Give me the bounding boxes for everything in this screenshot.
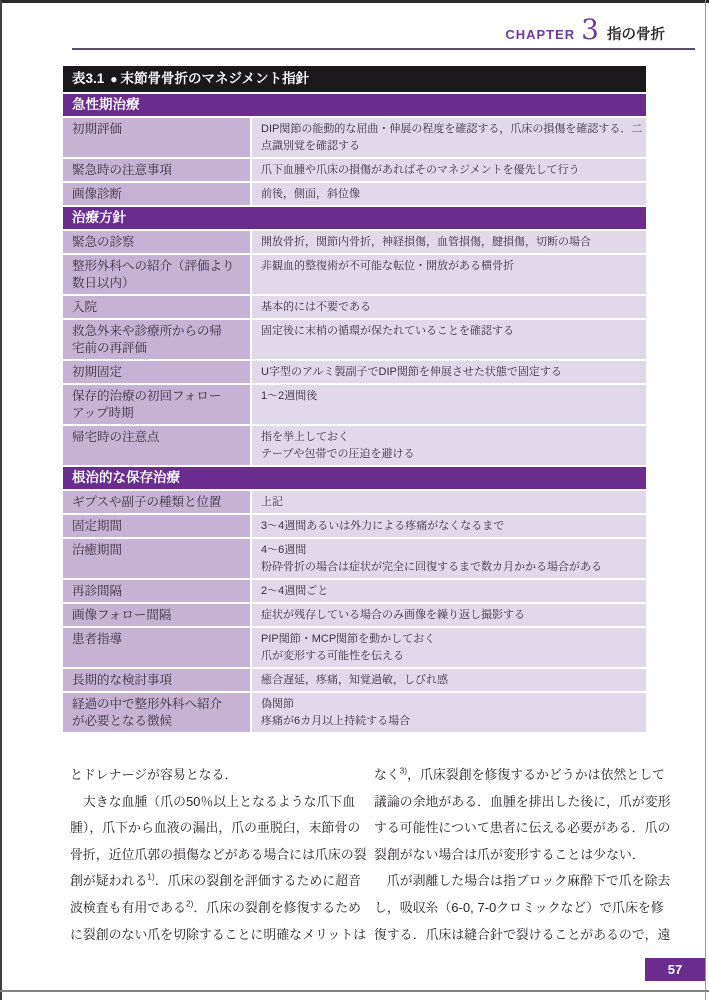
row-content-line: 固定後に末梢の循環が保たれていることを確認する [261,323,646,340]
table-row: 初期固定U字型のアルミ製副子でDIP関節を伸展させた状態で固定する [63,361,646,383]
table-row: 画像診断前後，側面，斜位像 [63,183,646,205]
row-label-line: アップ時期 [72,405,244,422]
row-label: 長期的な検討事項 [63,669,250,691]
row-label: 救急外来や診療所からの帰宅前の再評価 [63,320,250,359]
row-content-line: 指を挙上しておく [261,429,646,446]
row-content-line: 上記 [261,494,646,511]
row-label-line: 入院 [72,299,244,316]
chapter-title: 指の骨折 [607,23,665,44]
row-content-line: 2〜4週間ごと [261,583,646,600]
body-text-line: に裂創のない爪を切除することに明確なメリットは [70,922,382,949]
body-column-left: とドレナージが容易となる． 大きな血腫（爪の50％以上となるような爪下血腫），爪… [70,762,382,948]
row-content-line: 爪下血腫や爪床の損傷があればそのマネジメントを優先して行う [261,162,646,179]
table-row: 緊急時の注意事項爪下血腫や爪床の損傷があればそのマネジメントを優先して行う [63,159,646,181]
row-content: 指を挙上しておくテープや包帯での圧迫を避ける [252,426,646,465]
row-label: 固定期間 [63,515,250,537]
body-column-right: なく3)，爪床裂創を修復するかどうかは依然として議論の余地がある．血腫を排出した… [374,762,690,948]
page-edge-right [705,0,706,1000]
row-label: 初期固定 [63,361,250,383]
row-label: ギプスや副子の種類と位置 [63,491,250,513]
table-section-header: 根治的な保存治療 [63,467,646,489]
body-text-line: 波検査も有用である2)．爪床の裂創を修復するため [70,895,382,922]
row-content: 上記 [252,491,646,513]
row-label: 緊急の診察 [63,231,250,253]
row-label: 初期評価 [63,118,250,157]
row-label-line: が必要となる徴候 [72,713,244,730]
row-content: PIP関節・MCP関節を動かしておく爪が変形する可能性を伝える [252,628,646,667]
table-caption-number: 表3.1 [72,71,104,87]
reference-superscript: 1) [147,873,154,882]
body-text-line: 爪が剥離した場合は指ブロック麻酔下で爪を除去 [374,868,690,895]
page-edge-top [0,0,709,3]
row-content: DIP関節の能動的な屈曲・伸展の程度を確認する，爪床の損傷を確認する．二点識別覚… [252,118,646,157]
row-label: 画像診断 [63,183,250,205]
table-row: 緊急の診察開放骨折，関節内骨折，神経損傷，血管損傷，腱損傷，切断の場合 [63,231,646,253]
row-content-line: 疼痛が6カ月以上持続する場合 [261,713,646,730]
row-label: 整形外科への紹介（評価より数日以内） [63,255,250,294]
table-sections: 急性期治療初期評価DIP関節の能動的な屈曲・伸展の程度を確認する，爪床の損傷を確… [63,94,646,732]
row-content: 4〜6週間粉砕骨折の場合は症状が完全に回復するまで数カ月かかる場合がある [252,539,646,578]
row-label: 経過の中で整形外科へ紹介が必要となる徴候 [63,693,250,732]
page-edge-bottom [0,990,709,992]
row-label-line: 数日以内） [72,275,244,292]
row-label-line: 画像診断 [72,186,244,203]
page-number-badge: 57 [645,958,705,981]
row-label: 緊急時の注意事項 [63,159,250,181]
row-content: 固定後に末梢の循環が保たれていることを確認する [252,320,646,359]
row-label: 画像フォロー間隔 [63,604,250,626]
row-content-line: 4〜6週間 [261,542,646,559]
body-text-line: 腫），爪下から血液の漏出，爪の亜脱臼，末節骨の [70,815,382,842]
table-row: 長期的な検討事項癒合遅延，疼痛，知覚過敏，しびれ感 [63,669,646,691]
table-caption-text: 末節骨骨折のマネジメント指針 [121,71,310,87]
table-row: 固定期間3〜4週間あるいは外力による疼痛がなくなるまで [63,515,646,537]
header-rule [72,48,695,50]
management-guideline-table: 表3.1 ● 末節骨骨折のマネジメント指針 急性期治療初期評価DIP関節の能動的… [63,66,646,734]
row-content-line: 粉砕骨折の場合は症状が完全に回復するまで数カ月かかる場合がある [261,559,646,576]
table-row: 患者指導PIP関節・MCP関節を動かしておく爪が変形する可能性を伝える [63,628,646,667]
table-section-header: 急性期治療 [63,94,646,116]
row-content: 非観血的整復術が不可能な転位・開放がある横骨折 [252,255,646,294]
table-row: 経過の中で整形外科へ紹介が必要となる徴候偽関節疼痛が6カ月以上持続する場合 [63,693,646,732]
row-label-line: 整形外科への紹介（評価より [72,258,244,275]
table-row: ギプスや副子の種類と位置上記 [63,491,646,513]
row-label-line: 固定期間 [72,518,244,535]
row-content: 開放骨折，関節内骨折，神経損傷，血管損傷，腱損傷，切断の場合 [252,231,646,253]
row-label-line: 患者指導 [72,631,244,648]
row-content-line: 前後，側面，斜位像 [261,186,646,203]
chapter-number: 3 [581,16,599,44]
row-content: 症状が残存している場合のみ画像を繰り返し撮影する [252,604,646,626]
row-label: 入院 [63,296,250,318]
table-section-header: 治療方針 [63,207,646,229]
row-content: 3〜4週間あるいは外力による疼痛がなくなるまで [252,515,646,537]
table-row: 再診間隔2〜4週間ごと [63,580,646,602]
row-content: U字型のアルミ製副子でDIP関節を伸展させた状態で固定する [252,361,646,383]
row-content: 爪下血腫や爪床の損傷があればそのマネジメントを優先して行う [252,159,646,181]
body-text-line: 議論の余地がある．血腫を排出した後に，爪が変形 [374,789,690,816]
table-row: 保存的治療の初回フォローアップ時期1〜2週間後 [63,385,646,424]
row-label-line: 治癒期間 [72,542,244,559]
row-label-line: ギプスや副子の種類と位置 [72,494,244,511]
body-text-line: 裂創がない場合は爪が変形することは少ない． [374,842,690,869]
row-content: 基本的には不要である [252,296,646,318]
body-text-line: なく3)，爪床裂創を修復するかどうかは依然として [374,762,690,789]
row-content-line: 点識別覚を確認する [261,138,646,155]
running-head: CHAPTER 3 指の骨折 [505,16,665,44]
row-content-line: 基本的には不要である [261,299,646,316]
table-row: 治癒期間4〜6週間粉砕骨折の場合は症状が完全に回復するまで数カ月かかる場合がある [63,539,646,578]
table-row: 救急外来や診療所からの帰宅前の再評価固定後に末梢の循環が保たれていることを確認す… [63,320,646,359]
row-content: 2〜4週間ごと [252,580,646,602]
body-text-line: し，吸収糸（6-0, 7-0クロミックなど）で爪床を修 [374,895,690,922]
row-label-line: 初期固定 [72,364,244,381]
table-caption: 表3.1 ● 末節骨骨折のマネジメント指針 [63,66,646,92]
row-content-line: 癒合遅延，疼痛，知覚過敏，しびれ感 [261,672,646,689]
row-content: 前後，側面，斜位像 [252,183,646,205]
row-label-line: 帰宅時の注意点 [72,429,244,446]
table-row: 整形外科への紹介（評価より数日以内）非観血的整復術が不可能な転位・開放がある横骨… [63,255,646,294]
row-content-line: U字型のアルミ製副子でDIP関節を伸展させた状態で固定する [261,364,646,381]
body-text-line: する可能性について患者に伝える必要がある．爪の [374,815,690,842]
row-label-line: 経過の中で整形外科へ紹介 [72,696,244,713]
bullet-icon: ● [110,71,117,87]
table-row: 帰宅時の注意点指を挙上しておくテープや包帯での圧迫を避ける [63,426,646,465]
row-label-line: 宅前の再評価 [72,340,244,357]
row-label: 患者指導 [63,628,250,667]
body-text-line: 復する．爪床は縫合針で裂けることがあるので，遠 [374,922,690,949]
row-content-line: 3〜4週間あるいは外力による疼痛がなくなるまで [261,518,646,535]
body-text-line: とドレナージが容易となる． [70,762,382,789]
row-label-line: 保存的治療の初回フォロー [72,388,244,405]
row-content: 癒合遅延，疼痛，知覚過敏，しびれ感 [252,669,646,691]
row-content-line: 爪が変形する可能性を伝える [261,648,646,665]
row-content-line: 偽関節 [261,696,646,713]
body-text-line: 創が疑われる1)．爪床の裂創を評価するために超音 [70,868,382,895]
row-label-line: 再診間隔 [72,583,244,600]
table-row: 画像フォロー間隔症状が残存している場合のみ画像を繰り返し撮影する [63,604,646,626]
reference-superscript: 2) [186,900,193,909]
table-row: 初期評価DIP関節の能動的な屈曲・伸展の程度を確認する，爪床の損傷を確認する．二… [63,118,646,157]
row-content-line: 症状が残存している場合のみ画像を繰り返し撮影する [261,607,646,624]
row-label-line: 緊急の診察 [72,234,244,251]
row-content: 1〜2週間後 [252,385,646,424]
table-row: 入院基本的には不要である [63,296,646,318]
body-text-line: 大きな血腫（爪の50％以上となるような爪下血 [70,789,382,816]
row-label-line: 長期的な検討事項 [72,672,244,689]
row-label: 保存的治療の初回フォローアップ時期 [63,385,250,424]
row-label: 帰宅時の注意点 [63,426,250,465]
reference-superscript: 3) [400,767,407,776]
row-label: 治癒期間 [63,539,250,578]
row-content-line: PIP関節・MCP関節を動かしておく [261,631,646,648]
row-label-line: 緊急時の注意事項 [72,162,244,179]
body-text-line: 骨折，近位爪郭の損傷などがある場合には爪床の裂 [70,842,382,869]
row-content-line: 1〜2週間後 [261,388,646,405]
row-label: 再診間隔 [63,580,250,602]
row-content: 偽関節疼痛が6カ月以上持続する場合 [252,693,646,732]
page-edge-left [0,0,2,1000]
chapter-label: CHAPTER [505,27,575,42]
row-label-line: 初期評価 [72,121,244,138]
row-content-line: 非観血的整復術が不可能な転位・開放がある横骨折 [261,258,646,275]
row-label-line: 救急外来や診療所からの帰 [72,323,244,340]
row-label-line: 画像フォロー間隔 [72,607,244,624]
row-content-line: DIP関節の能動的な屈曲・伸展の程度を確認する，爪床の損傷を確認する．二 [261,121,646,138]
row-content-line: 開放骨折，関節内骨折，神経損傷，血管損傷，腱損傷，切断の場合 [261,234,646,251]
row-content-line: テープや包帯での圧迫を避ける [261,446,646,463]
